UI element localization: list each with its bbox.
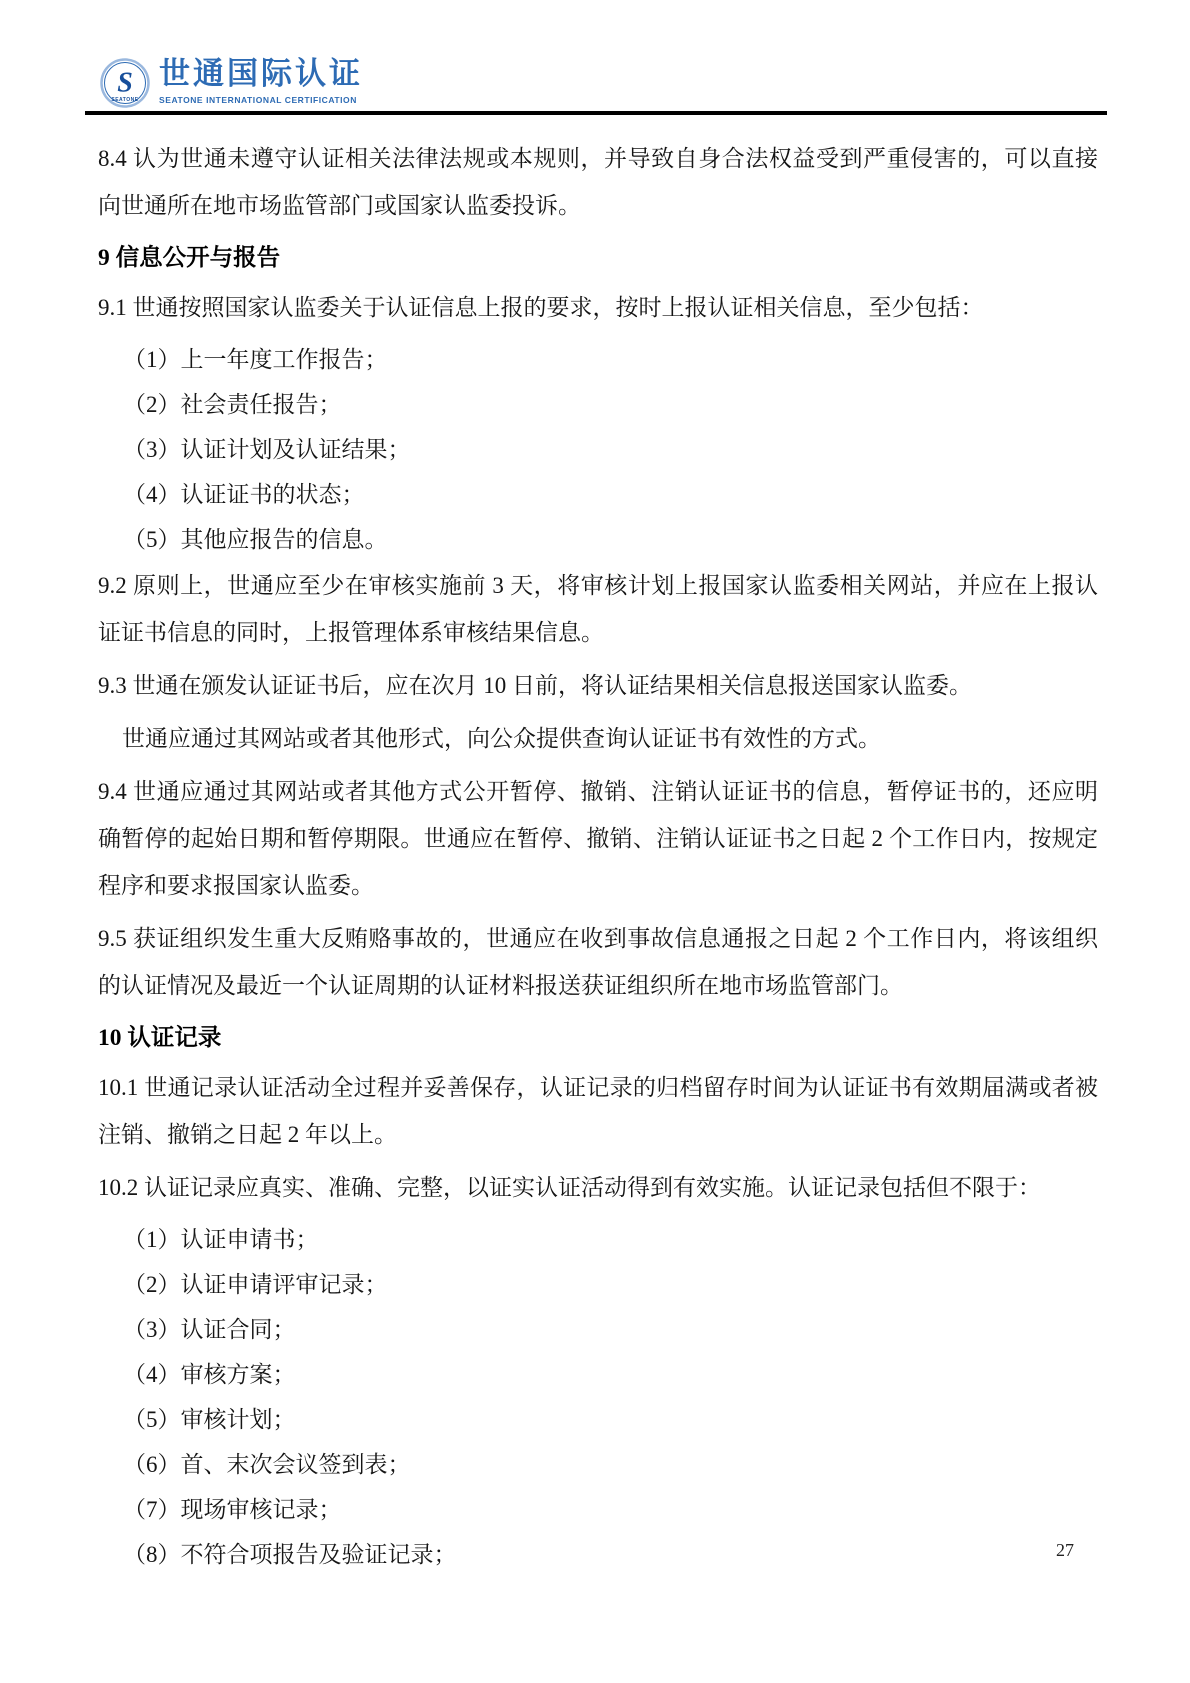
- page-number: 27: [1056, 1540, 1074, 1561]
- logo: S SEATONE 世通国际认证 SEATONE INTERNATIONAL C…: [100, 58, 363, 108]
- paragraph-9-1: 9.1 世通按照国家认监委关于认证信息上报的要求，按时上报认证相关信息，至少包括…: [98, 284, 1098, 331]
- logo-text: 世通国际认证 SEATONE INTERNATIONAL CERTIFICATI…: [159, 58, 363, 105]
- emblem-letter: S: [117, 68, 133, 99]
- list-item: （2）认证申请评审记录；: [98, 1262, 1098, 1307]
- section-heading-10: 10 认证记录: [98, 1015, 1098, 1062]
- paragraph-9-2: 9.2 原则上，世通应至少在审核实施前 3 天，将审核计划上报国家认监委相关网站…: [98, 562, 1098, 656]
- list-item: （6）首、末次会议签到表；: [98, 1442, 1098, 1487]
- document-page: S SEATONE 世通国际认证 SEATONE INTERNATIONAL C…: [0, 0, 1190, 1683]
- emblem-caption: SEATONE: [111, 97, 138, 103]
- paragraph-9-4: 9.4 世通应通过其网站或者其他方式公开暂停、撤销、注销认证证书的信息，暂停证书…: [98, 768, 1098, 909]
- header-divider: [85, 111, 1107, 115]
- list-item: （5）审核计划；: [98, 1397, 1098, 1442]
- list-item: （7）现场审核记录；: [98, 1487, 1098, 1532]
- seatone-emblem-icon: S SEATONE: [100, 58, 150, 108]
- logo-english-name: SEATONE INTERNATIONAL CERTIFICATION: [159, 95, 363, 105]
- list-item: （3）认证计划及认证结果；: [98, 427, 1098, 472]
- section-heading-9: 9 信息公开与报告: [98, 235, 1098, 282]
- list-item: （1）上一年度工作报告；: [98, 337, 1098, 382]
- list-item: （1）认证申请书；: [98, 1217, 1098, 1262]
- paragraph-8-4: 8.4 认为世通未遵守认证相关法律法规或本规则，并导致自身合法权益受到严重侵害的…: [98, 135, 1098, 229]
- list-item: （3）认证合同；: [98, 1307, 1098, 1352]
- list-item: （2）社会责任报告；: [98, 382, 1098, 427]
- list-item: （4）认证证书的状态；: [98, 472, 1098, 517]
- list-item: （4）审核方案；: [98, 1352, 1098, 1397]
- paragraph-9-3-continuation: 世通应通过其网站或者其他形式，向公众提供查询认证证书有效性的方式。: [98, 715, 1098, 762]
- list-item: （5）其他应报告的信息。: [98, 517, 1098, 562]
- document-content: 8.4 认为世通未遵守认证相关法律法规或本规则，并导致自身合法权益受到严重侵害的…: [98, 135, 1098, 1577]
- paragraph-10-1: 10.1 世通记录认证活动全过程并妥善保存，认证记录的归档留存时间为认证证书有效…: [98, 1064, 1098, 1158]
- paragraph-9-5: 9.5 获证组织发生重大反贿赂事故的，世通应在收到事故信息通报之日起 2 个工作…: [98, 915, 1098, 1009]
- list-item: （8）不符合项报告及验证记录；: [98, 1532, 1098, 1577]
- paragraph-10-2: 10.2 认证记录应真实、准确、完整，以证实认证活动得到有效实施。认证记录包括但…: [98, 1164, 1098, 1211]
- logo-chinese-name: 世通国际认证: [159, 58, 363, 91]
- paragraph-9-3: 9.3 世通在颁发认证证书后，应在次月 10 日前，将认证结果相关信息报送国家认…: [98, 662, 1098, 709]
